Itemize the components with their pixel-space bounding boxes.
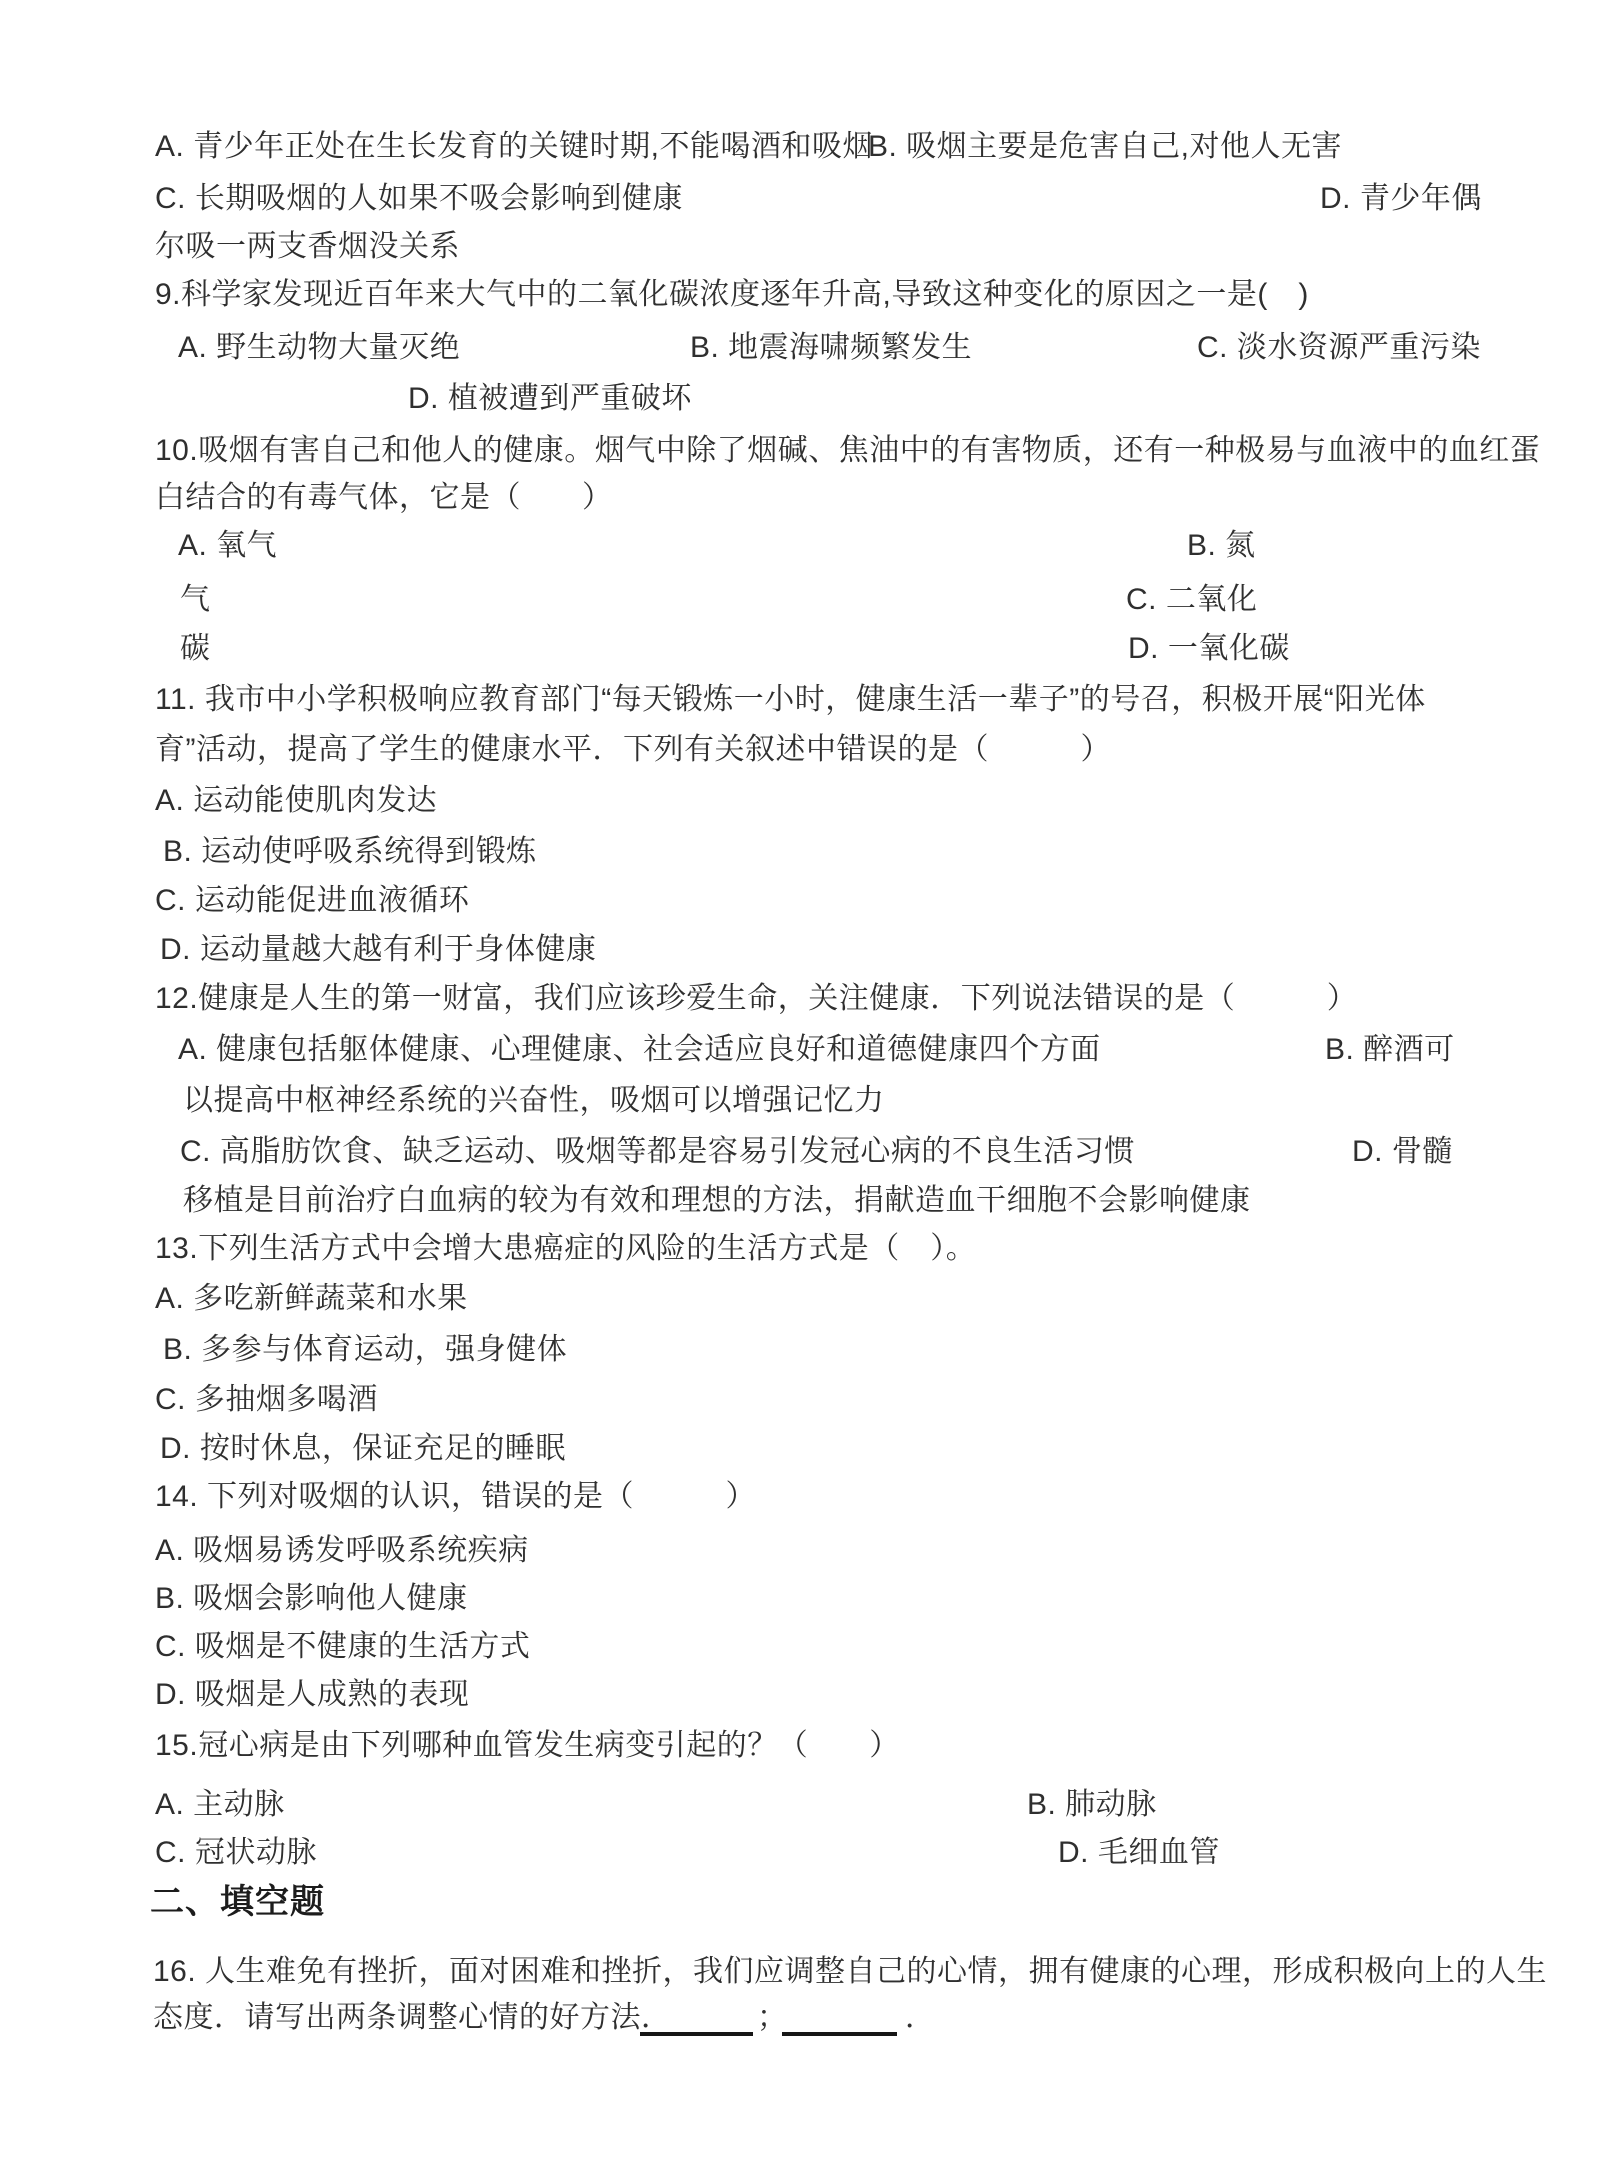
text-segment: C. 二氧化 [1126, 575, 1257, 625]
text-line: 15.冠心病是由下列哪种血管发生病变引起的？（ ） [0, 1721, 1620, 1771]
blank-underline [640, 2032, 753, 2036]
text-line: D. 植被遭到严重破坏 [0, 374, 1620, 424]
text-segment: 16. 人生难免有挫折，面对困难和挫折，我们应调整自己的心情，拥有健康的心理，形… [153, 1947, 1547, 1997]
text-segment: C. 高脂肪饮食、缺乏运动、吸烟等都是容易引发冠心病的不良生活习惯 [180, 1127, 1135, 1177]
text-line: 10.吸烟有害自己和他人的健康。烟气中除了烟碱、焦油中的有害物质，还有一种极易与… [0, 426, 1620, 476]
text-line: 16. 人生难免有挫折，面对困难和挫折，我们应调整自己的心情，拥有健康的心理，形… [0, 1947, 1620, 1997]
text-line: A. 运动能使肌肉发达 [0, 776, 1620, 826]
text-line: A. 吸烟易诱发呼吸系统疾病 [0, 1526, 1620, 1576]
text-segment: C. 运动能促进血液循环 [155, 876, 469, 926]
text-line: A. 多吃新鲜蔬菜和水果 [0, 1274, 1620, 1324]
text-line: 13.下列生活方式中会增大患癌症的风险的生活方式是（ ）。 [0, 1224, 1620, 1274]
text-line: 育”活动，提高了学生的健康水平．下列有关叙述中错误的是（ ） [0, 725, 1620, 775]
text-segment: 15.冠心病是由下列哪种血管发生病变引起的？（ ） [155, 1721, 900, 1771]
text-segment: D. 骨髓 [1352, 1127, 1453, 1177]
text-line: 气C. 二氧化 [0, 575, 1620, 625]
text-segment: A. 主动脉 [155, 1780, 285, 1830]
text-line: D. 吸烟是人成熟的表现 [0, 1670, 1620, 1720]
text-line: C. 吸烟是不健康的生活方式 [0, 1622, 1620, 1672]
text-line: B. 运动使呼吸系统得到锻炼 [0, 827, 1620, 877]
text-segment: A. 运动能使肌肉发达 [155, 776, 437, 826]
text-segment: B. 吸烟主要是危害自己,对他人无害 [868, 122, 1342, 172]
text-line: D. 按时休息，保证充足的睡眠 [0, 1424, 1620, 1474]
text-line: C. 高脂肪饮食、缺乏运动、吸烟等都是容易引发冠心病的不良生活习惯D. 骨髓 [0, 1127, 1620, 1177]
text-segment: 白结合的有毒气体，它是（ ） [155, 473, 613, 523]
text-segment: D. 吸烟是人成熟的表现 [155, 1670, 469, 1720]
text-segment: 以提高中枢神经系统的兴奋性，吸烟可以增强记忆力 [183, 1076, 885, 1126]
text-segment: B. 多参与体育运动，强身健体 [163, 1325, 567, 1375]
text-segment: C. 长期吸烟的人如果不吸会影响到健康 [155, 174, 683, 224]
text-line: 态度．请写出两条调整心情的好方法．；． [0, 1993, 1620, 2043]
text-segment: B. 地震海啸频繁发生 [690, 323, 972, 373]
text-line: 11. 我市中小学积极响应教育部门“每天锻炼一小时，健康生活一辈子”的号召，积极… [0, 675, 1620, 725]
text-segment: 14. 下列对吸烟的认识，错误的是（ ） [155, 1472, 756, 1522]
text-line: 14. 下列对吸烟的认识，错误的是（ ） [0, 1472, 1620, 1522]
text-line: C. 长期吸烟的人如果不吸会影响到健康D. 青少年偶 [0, 174, 1620, 224]
text-line: 碳D. 一氧化碳 [0, 624, 1620, 674]
text-line: 12.健康是人生的第一财富，我们应该珍爱生命，关注健康．下列说法错误的是（ ） [0, 974, 1620, 1024]
text-segment: 12.健康是人生的第一财富，我们应该珍爱生命，关注健康．下列说法错误的是（ ） [155, 974, 1357, 1024]
text-line: 尔吸一两支香烟没关系 [0, 222, 1620, 272]
text-line: B. 吸烟会影响他人健康 [0, 1574, 1620, 1624]
text-segment: B. 肺动脉 [1027, 1780, 1157, 1830]
exam-page: A. 青少年正处在生长发育的关键时期,不能喝酒和吸烟B. 吸烟主要是危害自己,对… [0, 0, 1620, 2160]
text-segment: C. 多抽烟多喝酒 [155, 1375, 378, 1425]
text-segment: B. 氮 [1187, 521, 1256, 571]
section-heading-line: 二、填空题 [0, 1877, 1620, 1927]
text-line: 9.科学家发现近百年来大气中的二氧化碳浓度逐年升高,导致这种变化的原因之一是( … [0, 270, 1620, 320]
text-line: 移植是目前治疗白血病的较为有效和理想的方法，捐献造血干细胞不会影响健康 [0, 1176, 1620, 1226]
text-line: C. 多抽烟多喝酒 [0, 1375, 1620, 1425]
text-segment: 10.吸烟有害自己和他人的健康。烟气中除了烟碱、焦油中的有害物质，还有一种极易与… [155, 426, 1540, 476]
text-segment: D. 按时休息，保证充足的睡眠 [160, 1424, 566, 1474]
text-segment: D. 一氧化碳 [1128, 624, 1290, 674]
text-segment: A. 氧气 [178, 521, 277, 571]
text-segment: A. 多吃新鲜蔬菜和水果 [155, 1274, 468, 1324]
text-segment: 气 [180, 575, 211, 625]
text-line: A. 青少年正处在生长发育的关键时期,不能喝酒和吸烟B. 吸烟主要是危害自己,对… [0, 122, 1620, 172]
text-line: B. 多参与体育运动，强身健体 [0, 1325, 1620, 1375]
text-segment: 9.科学家发现近百年来大气中的二氧化碳浓度逐年升高,导致这种变化的原因之一是( … [155, 270, 1309, 320]
text-segment: 13.下列生活方式中会增大患癌症的风险的生活方式是（ ）。 [155, 1224, 976, 1274]
text-segment: 11. 我市中小学积极响应教育部门“每天锻炼一小时，健康生活一辈子”的号召，积极… [155, 675, 1426, 725]
text-line: C. 冠状动脉D. 毛细血管 [0, 1828, 1620, 1878]
text-segment: A. 青少年正处在生长发育的关键时期,不能喝酒和吸烟 [155, 122, 873, 172]
text-segment: A. 吸烟易诱发呼吸系统疾病 [155, 1526, 529, 1576]
text-line: A. 野生动物大量灭绝B. 地震海啸频繁发生C. 淡水资源严重污染 [0, 323, 1620, 373]
text-segment: A. 健康包括躯体健康、心理健康、社会适应良好和道德健康四个方面 [178, 1025, 1101, 1075]
text-segment: B. 醉酒可 [1325, 1025, 1455, 1075]
text-segment: 碳 [180, 624, 211, 674]
section-heading: 二、填空题 [150, 1877, 325, 1927]
text-segment: B. 运动使呼吸系统得到锻炼 [163, 827, 537, 877]
text-line: D. 运动量越大越有利于身体健康 [0, 925, 1620, 975]
text-line: C. 运动能促进血液循环 [0, 876, 1620, 926]
text-segment: C. 吸烟是不健康的生活方式 [155, 1622, 530, 1672]
text-segment: 育”活动，提高了学生的健康水平．下列有关叙述中错误的是（ ） [155, 725, 1111, 775]
text-segment: C. 冠状动脉 [155, 1828, 317, 1878]
text-segment: D. 植被遭到严重破坏 [408, 374, 692, 424]
text-segment: 态度．请写出两条调整心情的好方法． [153, 1993, 672, 2043]
text-segment: C. 淡水资源严重污染 [1197, 323, 1481, 373]
text-line: 白结合的有毒气体，它是（ ） [0, 473, 1620, 523]
text-line: A. 主动脉B. 肺动脉 [0, 1780, 1620, 1830]
text-segment: D. 青少年偶 [1320, 174, 1482, 224]
text-segment: B. 吸烟会影响他人健康 [155, 1574, 468, 1624]
text-segment: 移植是目前治疗白血病的较为有效和理想的方法，捐献造血干细胞不会影响健康 [183, 1176, 1251, 1226]
text-line: A. 健康包括躯体健康、心理健康、社会适应良好和道德健康四个方面B. 醉酒可 [0, 1025, 1620, 1075]
text-line: A. 氧气B. 氮 [0, 521, 1620, 571]
text-segment: D. 毛细血管 [1058, 1828, 1220, 1878]
text-segment: 尔吸一两支香烟没关系 [155, 222, 460, 272]
text-line: 以提高中枢神经系统的兴奋性，吸烟可以增强记忆力 [0, 1076, 1620, 1126]
text-segment: D. 运动量越大越有利于身体健康 [160, 925, 596, 975]
text-segment: A. 野生动物大量灭绝 [178, 323, 460, 373]
blank-underline [782, 2032, 897, 2036]
text-segment: ． [905, 1993, 936, 2043]
